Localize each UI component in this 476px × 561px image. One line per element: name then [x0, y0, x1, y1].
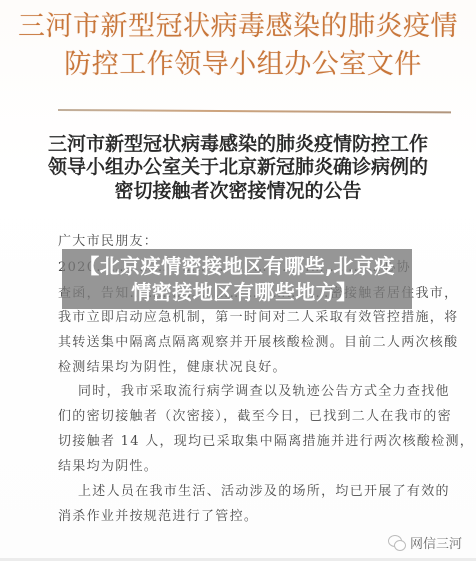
body-line: 其转送集中隔离点隔离观察并开展核酸检测。目前二人两次核酸: [58, 331, 458, 355]
headline-line-1: 【北京疫情密接地区有哪些,北京疫: [62, 253, 412, 279]
body-line: 检测结果均为阴性，健康状况良好。: [58, 356, 287, 380]
watermark-label: 网信三河: [410, 533, 462, 552]
headline-overlay: 【北京疫情密接地区有哪些,北京疫 情密接地区有哪些地方】: [62, 249, 412, 309]
document-title-line-1: 三河市新型冠状病毒感染的肺炎疫情防控工作: [0, 133, 476, 156]
source-watermark: 网信三河: [388, 533, 462, 552]
wechat-icon: [388, 535, 406, 551]
header-title-line-2: 防控工作领导小组办公室文件: [5, 46, 476, 84]
document-page: 三河市新型冠状病毒感染的肺炎疫情 防控工作领导小组办公室文件 三河市新型冠状病毒…: [0, 0, 476, 561]
body-line: 们的密切接触者（次密接），截至今日，已找到二人在我市的密: [58, 405, 452, 429]
body-line: 我市立即启动应急机制，第一时间对二人采取有效管控措施，将: [58, 306, 458, 330]
body-line: 切接触者 14 人，现均已采取集中隔离措施并进行两次核酸检测，: [58, 430, 474, 454]
body-line: 上述人员在我市生活、活动涉及的场所，均已开展了有效的: [78, 480, 450, 504]
header-title-line-1: 三河市新型冠状病毒感染的肺炎疫情: [0, 8, 476, 46]
body-line: 消杀作业并按规范进行了管控。: [58, 505, 258, 529]
headline-line-2: 情密接地区有哪些地方】: [62, 279, 412, 305]
body-line: 结果均为阴性。: [58, 455, 158, 479]
body-line: 同时，我市采取流行病学调查以及轨迹公告方式全力查找他: [78, 380, 450, 404]
header-separator: [58, 109, 451, 113]
document-title-line-2: 领导小组办公室关于北京新冠肺炎确诊病例的: [0, 156, 476, 179]
document-title-line-3: 密切接触者次密接情况的公告: [0, 180, 476, 203]
